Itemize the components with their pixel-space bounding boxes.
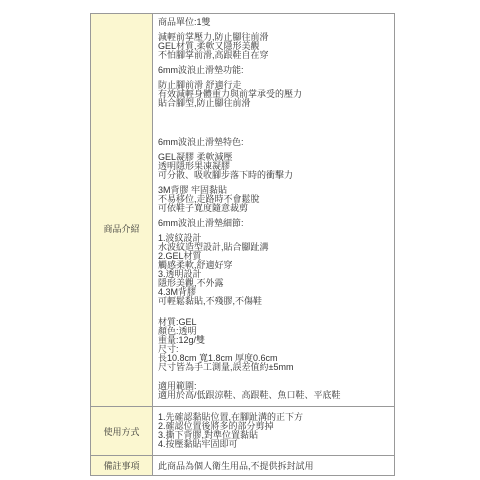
intro-line: 可依鞋子寬度隨意裁剪	[158, 204, 389, 213]
row-label-text: 商品介紹	[103, 222, 139, 235]
page: 商品介紹 商品單位:1雙 減輕前掌壓力,防止腳往前滑 GEL材質,柔軟又隱形美觀…	[0, 0, 480, 480]
row-usage-instructions: 使用方式 1.先確認黏貼位置,在腳趾溝的正下方 2.確認位置後將多的部分剪掉 3…	[91, 407, 395, 456]
row-label-text: 備註事項	[103, 461, 139, 471]
row-remarks: 備註事項 此商品為個人衛生用品,不提供拆封試用	[91, 456, 395, 476]
remarks-content-cell: 此商品為個人衛生用品,不提供拆封試用	[153, 456, 395, 476]
intro-group-applicable: 適用範圍: 適用於高/低跟涼鞋、高跟鞋、魚口鞋、平底鞋	[158, 382, 389, 400]
intro-group-feature-title: 6mm波浪止滑墊特色:	[158, 138, 389, 147]
remarks-line: 此商品為個人衛生用品,不提供拆封試用	[158, 462, 389, 471]
intro-group-detail-title: 6mm波浪止滑墊細節:	[158, 219, 389, 228]
intro-line: 可輕鬆黏貼,不殘膠,不傷鞋	[158, 297, 389, 306]
intro-line: 商品單位:1雙	[158, 18, 389, 27]
intro-group-adhesive-features: 3M背膠 牢固黏貼 不易移位,走路時不會鬆脫 可依鞋子寬度隨意裁剪	[158, 186, 389, 213]
intro-line: 貼合腳型,防止腳往前滑	[158, 99, 389, 108]
intro-line: 6mm波浪止滑墊細節:	[158, 219, 389, 228]
usage-line: 4.按壓黏貼牢固即可	[158, 440, 389, 449]
intro-group-specs: 材質:GEL 顏色:透明 重量:12g/雙 尺寸: 長10.8cm 寬1.8cm…	[158, 318, 389, 372]
row-label-text: 使用方式	[103, 427, 139, 437]
intro-line: 適用於高/低跟涼鞋、高跟鞋、魚口鞋、平底鞋	[158, 391, 389, 400]
intro-line: 尺寸皆為手工測量,誤差值約±5mm	[158, 363, 389, 372]
intro-line: 不怕腳掌前滑,高跟鞋自在穿	[158, 51, 389, 60]
intro-group-benefits: 減輕前掌壓力,防止腳往前滑 GEL材質,柔軟又隱形美觀 不怕腳掌前滑,高跟鞋自在…	[158, 33, 389, 60]
intro-line: 可分散、吸收腳步落下時的衝擊力	[158, 171, 389, 180]
intro-line: 6mm波浪止滑墊特色:	[158, 138, 389, 147]
intro-group-functions: 防止腳前滑 舒適行走 有效減輕身體重力與前掌承受的壓力 貼合腳型,防止腳往前滑	[158, 81, 389, 108]
product-intro-content-cell: 商品單位:1雙 減輕前掌壓力,防止腳往前滑 GEL材質,柔軟又隱形美觀 不怕腳掌…	[153, 14, 395, 407]
row-label-usage: 使用方式	[91, 407, 153, 456]
intro-group-gel-features: GEL凝膠 柔軟減壓 透明隱形果凍凝膠 可分散、吸收腳步落下時的衝擊力	[158, 153, 389, 180]
intro-group-details: 1.波紋設計 水波紋造型設計,貼合腳趾溝 2.GEL材質 觸感柔軟,舒適好穿 3…	[158, 234, 389, 306]
intro-line: 6mm波浪止滑墊功能:	[158, 66, 389, 75]
product-spec-table: 商品介紹 商品單位:1雙 減輕前掌壓力,防止腳往前滑 GEL材質,柔軟又隱形美觀…	[90, 13, 395, 476]
intro-line: 重量:12g/雙	[158, 336, 389, 345]
intro-group-function-title: 6mm波浪止滑墊功能:	[158, 66, 389, 75]
intro-group-unit: 商品單位:1雙	[158, 18, 389, 27]
usage-content-cell: 1.先確認黏貼位置,在腳趾溝的正下方 2.確認位置後將多的部分剪掉 3.撕下背膠…	[153, 407, 395, 456]
row-label-remarks: 備註事項	[91, 456, 153, 476]
row-label-product-intro: 商品介紹	[91, 14, 153, 407]
row-product-intro: 商品介紹 商品單位:1雙 減輕前掌壓力,防止腳往前滑 GEL材質,柔軟又隱形美觀…	[91, 14, 395, 407]
